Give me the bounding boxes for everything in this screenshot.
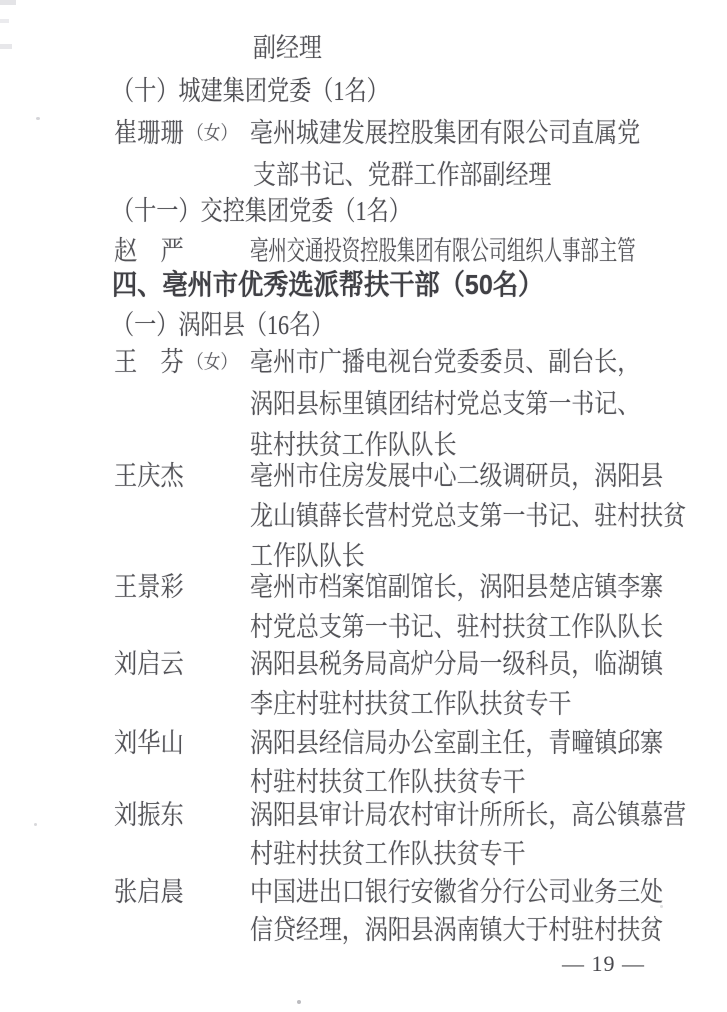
position-text: 支部书记、党群工作部副经理	[253, 160, 551, 190]
entry-zhang-qichen-row-2: 信贷经理，涡阳县涡南镇大于村驻村扶贫	[0, 915, 727, 945]
person-name: 赵 严	[114, 236, 184, 266]
subheading-guoyang-county: （一）涡阳县（16名）	[112, 310, 708, 340]
position-text: 亳州交通投资控股集团有限公司组织人事部主管	[250, 236, 636, 266]
position-text: 亳州市档案馆副馆长，涡阳县楚店镇李寨	[250, 572, 663, 602]
entry-wang-fen-row-1: 王 芬 （女） 亳州市广播电视台党委委员、副台长，	[0, 347, 727, 377]
position-text: 村党总支第一书记、驻村扶贫工作队队长	[250, 612, 663, 642]
entry-zhao-yan-row-1: 赵 严 亳州交通投资控股集团有限公司组织人事部主管	[0, 236, 727, 266]
entry-wang-jingcai-row-2: 村党总支第一书记、驻村扶贫工作队队长	[0, 612, 727, 642]
person-name: 刘华山	[114, 728, 184, 758]
scan-edge-mark	[0, 19, 9, 23]
person-name: 王庆杰	[114, 461, 184, 491]
position-text: 亳州市广播电视台党委委员、副台长，	[250, 347, 640, 377]
entry-cui-shanshan-row-2: 支部书记、党群工作部副经理	[0, 160, 727, 190]
entry-liu-huashan-row-2: 村驻村扶贫工作队扶贫专干	[0, 767, 727, 797]
position-text: 涡阳县标里镇团结村党总支第一书记、	[250, 389, 640, 419]
position-text: 副经理	[253, 33, 322, 63]
person-name: 王 芬	[114, 347, 184, 377]
entry-liu-qiyun-row-1: 刘启云 涡阳县税务局高炉分局一级科员，临湖镇	[0, 649, 727, 679]
position-text: 亳州城建发展控股集团有限公司直属党	[250, 118, 640, 148]
person-name: 王景彩	[114, 572, 184, 602]
person-name: 刘启云	[114, 649, 184, 679]
scan-speckle	[297, 1000, 301, 1004]
entry-wang-qingjie-row-2: 龙山镇薛长营村党总支第一书记、驻村扶贫	[0, 501, 727, 531]
entry-wang-qingjie-row-3: 工作队队长	[0, 541, 727, 571]
position-text: 涡阳县经信局办公室副主任，青疃镇邱寨	[250, 728, 663, 758]
position-text: 龙山镇薛长营村党总支第一书记、驻村扶贫	[250, 501, 686, 531]
entry-liu-huashan-row-1: 刘华山 涡阳县经信局办公室副主任，青疃镇邱寨	[0, 728, 727, 758]
position-text: 工作队队长	[250, 541, 365, 571]
entry-liu-zhendong-row-2: 村驻村扶贫工作队扶贫专干	[0, 839, 727, 869]
position-text: 涡阳县审计局农村审计所所长，高公镇慕营	[250, 800, 686, 830]
document-page: 副经理 （十）城建集团党委（1名） 崔珊珊 （女） 亳州城建发展控股集团有限公司…	[0, 0, 727, 1012]
heading-section-four: 四、亳州市优秀选派帮扶干部（50名）	[112, 270, 727, 300]
entry-wang-qingjie-row-1: 王庆杰 亳州市住房发展中心二级调研员，涡阳县	[0, 461, 727, 491]
person-name: 崔珊珊	[114, 118, 184, 148]
entry-wang-fen-row-2: 涡阳县标里镇团结村党总支第一书记、	[0, 389, 727, 419]
entry-cui-shanshan-row-1: 崔珊珊 （女） 亳州城建发展控股集团有限公司直属党	[0, 118, 727, 148]
position-text: 村驻村扶贫工作队扶贫专干	[250, 839, 525, 869]
position-text: 中国进出口银行安徽省分行公司业务三处	[250, 877, 663, 907]
entry-wang-jingcai-row-1: 王景彩 亳州市档案馆副馆长，涡阳县楚店镇李寨	[0, 572, 727, 602]
subheading-jiaokong-group-committee: （十一）交控集团党委（1名）	[112, 196, 708, 226]
scan-edge-mark	[0, 0, 16, 5]
position-text: 涡阳县税务局高炉分局一级科员，临湖镇	[250, 649, 663, 679]
gender-note: （女）	[187, 352, 237, 374]
subheading-chengjian-group-committee: （十）城建集团党委（1名）	[112, 76, 708, 106]
carryover-position-line: 副经理	[0, 33, 727, 63]
gender-note: （女）	[187, 123, 237, 145]
position-text: 李庄村驻村扶贫工作队扶贫专干	[250, 689, 571, 719]
entry-zhang-qichen-row-1: 张启晨 中国进出口银行安徽省分行公司业务三处	[0, 877, 727, 907]
page-number: — 19 —	[562, 951, 645, 977]
entry-wang-fen-row-3: 驻村扶贫工作队队长	[0, 430, 727, 460]
person-name: 刘振东	[114, 800, 184, 830]
position-text: 亳州市住房发展中心二级调研员，涡阳县	[250, 461, 663, 491]
position-text: 驻村扶贫工作队队长	[250, 430, 457, 460]
position-text: 村驻村扶贫工作队扶贫专干	[250, 767, 525, 797]
person-name: 张启晨	[114, 877, 184, 907]
entry-liu-zhendong-row-1: 刘振东 涡阳县审计局农村审计所所长，高公镇慕营	[0, 800, 727, 830]
position-text: 信贷经理，涡阳县涡南镇大于村驻村扶贫	[250, 915, 663, 945]
entry-liu-qiyun-row-2: 李庄村驻村扶贫工作队扶贫专干	[0, 689, 727, 719]
